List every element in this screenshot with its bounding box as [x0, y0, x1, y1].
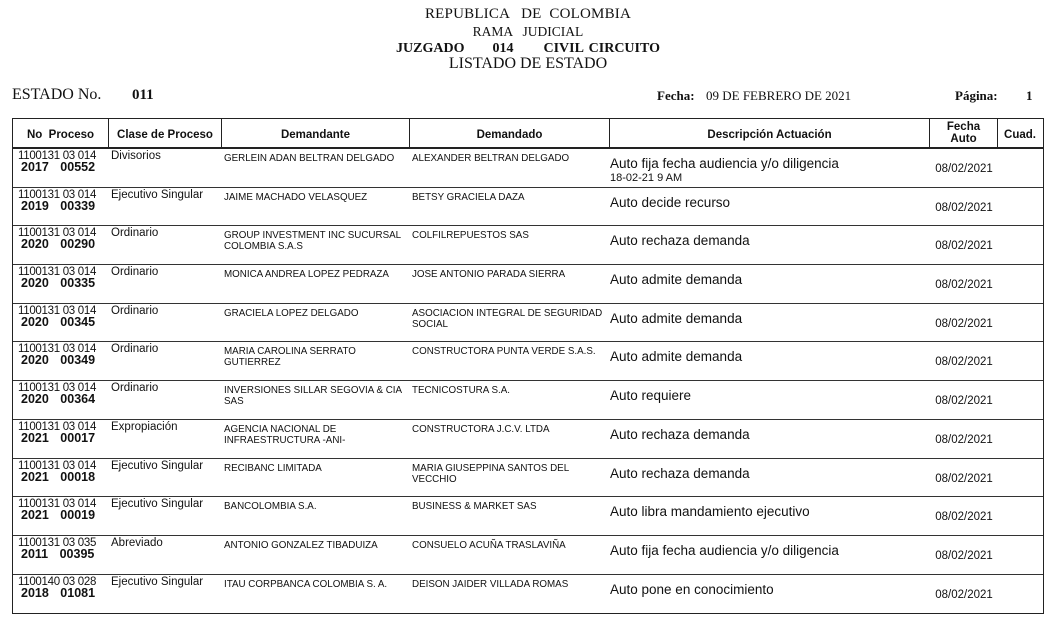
clase-cell: Ordinario: [109, 304, 222, 342]
clase-cell: Ejecutivo Singular: [109, 459, 222, 497]
table-row: 1100131 03 014 2020 00335 Ordinario MONI…: [13, 265, 1043, 304]
demandado-cell: CONSUELO ACUÑA TRASLAVIÑA: [410, 536, 610, 574]
demandante-cell: INVERSIONES SILLAR SEGOVIA & CIA SAS: [222, 381, 410, 419]
demandado-cell: BETSY GRACIELA DAZA: [410, 188, 610, 226]
demandante-cell: JAIME MACHADO VELASQUEZ: [222, 188, 410, 226]
demandado-cell: BUSINESS & MARKET SAS: [410, 497, 610, 535]
fecha-auto-cell: 08/02/2021: [930, 149, 998, 187]
fecha-auto-cell: 08/02/2021: [930, 304, 998, 342]
cuad-cell: [998, 342, 1042, 380]
estado-table: No Proceso Clase de Proceso Demandante D…: [12, 118, 1044, 614]
clase-cell: Ordinario: [109, 226, 222, 264]
table-row: 1100140 03 028 2018 01081 Ejecutivo Sing…: [13, 575, 1043, 614]
proceso-number: 2020 00364: [18, 394, 109, 405]
demandante-cell: AGENCIA NACIONAL DE INFRAESTRUCTURA -ANI…: [222, 420, 410, 458]
cuad-cell: [998, 536, 1042, 574]
proceso-cell: 1100131 03 014 2020 00335: [13, 265, 109, 303]
fecha-auto-cell: 08/02/2021: [930, 497, 998, 535]
proceso-cell: 1100131 03 014 2017 00552: [13, 149, 109, 187]
clase-cell: Abreviado: [109, 536, 222, 574]
demandado-cell: ALEXANDER BELTRAN DELGADO: [410, 149, 610, 187]
demandante-cell: GRACIELA LOPEZ DELGADO: [222, 304, 410, 342]
cuad-cell: [998, 497, 1042, 535]
clase-cell: Ejecutivo Singular: [109, 188, 222, 226]
fecha-auto-cell: 08/02/2021: [930, 575, 998, 614]
descripcion-cell: Auto rechaza demanda: [610, 226, 930, 264]
col-header-cuad: Cuad.: [998, 119, 1042, 147]
estado-label: ESTADO No.: [12, 86, 101, 104]
demandado-cell: CONSTRUCTORA J.C.V. LTDA: [410, 420, 610, 458]
listing-title: LISTADO DE ESTADO: [0, 55, 1056, 73]
descripcion-cell: Auto libra mandamiento ejecutivo: [610, 497, 930, 535]
table-row: 1100131 03 014 2020 00290 Ordinario GROU…: [13, 226, 1043, 265]
cuad-cell: [998, 575, 1042, 614]
table-row: 1100131 03 014 2020 00345 Ordinario GRAC…: [13, 304, 1043, 343]
fecha-auto-cell: 08/02/2021: [930, 420, 998, 458]
proceso-number: 2011 00395: [18, 549, 109, 560]
proceso-number: 2020 00345: [18, 317, 109, 328]
estado-number: 011: [132, 87, 154, 104]
demandante-cell: GROUP INVESTMENT INC SUCURSAL COLOMBIA S…: [222, 226, 410, 264]
demandante-cell: RECIBANC LIMITADA: [222, 459, 410, 497]
col-header-no-proceso: No Proceso: [13, 119, 109, 147]
clase-cell: Expropiación: [109, 420, 222, 458]
demandante-cell: BANCOLOMBIA S.A.: [222, 497, 410, 535]
cuad-cell: [998, 188, 1042, 226]
proceso-number: 2021 00018: [18, 472, 109, 483]
descripcion-cell: Auto decide recurso: [610, 188, 930, 226]
fecha-auto-cell: 08/02/2021: [930, 265, 998, 303]
proceso-number: 2021 00019: [18, 510, 109, 521]
demandado-cell: ASOCIACION INTEGRAL DE SEGURIDAD SOCIAL: [410, 304, 610, 342]
descripcion-cell: Auto rechaza demanda: [610, 420, 930, 458]
fecha-auto-cell: 08/02/2021: [930, 381, 998, 419]
proceso-cell: 1100131 03 014 2020 00349: [13, 342, 109, 380]
descripcion-cell: Auto pone en conocimiento: [610, 575, 930, 614]
table-row: 1100131 03 035 2011 00395 Abreviado ANTO…: [13, 536, 1043, 575]
demandante-cell: GERLEIN ADAN BELTRAN DELGADO: [222, 149, 410, 187]
col-header-fecha-auto: Fecha Auto: [930, 119, 998, 147]
cuad-cell: [998, 459, 1042, 497]
cuad-cell: [998, 304, 1042, 342]
proceso-number: 2020 00349: [18, 355, 109, 366]
fecha-auto-cell: 08/02/2021: [930, 342, 998, 380]
proceso-cell: 1100140 03 028 2018 01081: [13, 575, 109, 614]
table-row: 1100131 03 014 2021 00019 Ejecutivo Sing…: [13, 497, 1043, 536]
fecha-auto-cell: 08/02/2021: [930, 459, 998, 497]
clase-cell: Ejecutivo Singular: [109, 497, 222, 535]
table-row: 1100131 03 014 2019 00339 Ejecutivo Sing…: [13, 188, 1043, 227]
proceso-cell: 1100131 03 035 2011 00395: [13, 536, 109, 574]
republic-title: REPUBLICA DE COLOMBIA: [0, 6, 1056, 23]
demandado-cell: TECNICOSTURA S.A.: [410, 381, 610, 419]
fecha-label: Fecha:: [657, 88, 695, 104]
pagina-label: Página:: [955, 88, 998, 104]
proceso-cell: 1100131 03 014 2020 00364: [13, 381, 109, 419]
proceso-cell: 1100131 03 014 2020 00290: [13, 226, 109, 264]
table-row: 1100131 03 014 2020 00349 Ordinario MARI…: [13, 342, 1043, 381]
proceso-cell: 1100131 03 014 2021 00018: [13, 459, 109, 497]
cuad-cell: [998, 226, 1042, 264]
proceso-number: 2021 00017: [18, 433, 109, 444]
branch-title: RAMA JUDICIAL: [0, 24, 1056, 40]
demandante-cell: ITAU CORPBANCA COLOMBIA S. A.: [222, 575, 410, 614]
descripcion-cell: Auto fija fecha audiencia y/o diligencia: [610, 536, 930, 574]
proceso-number: 2020 00335: [18, 278, 109, 289]
col-header-descripcion: Descripción Actuación: [610, 119, 930, 147]
proceso-number: 2020 00290: [18, 239, 109, 250]
cuad-cell: [998, 265, 1042, 303]
demandado-cell: COLFILREPUESTOS SAS: [410, 226, 610, 264]
fecha-auto-cell: 08/02/2021: [930, 188, 998, 226]
cuad-cell: [998, 149, 1042, 187]
descripcion-cell: Auto requiere: [610, 381, 930, 419]
descripcion-cell: Auto admite demanda: [610, 304, 930, 342]
col-header-demandado: Demandado: [410, 119, 610, 147]
demandante-cell: ANTONIO GONZALEZ TIBADUIZA: [222, 536, 410, 574]
table-header: No Proceso Clase de Proceso Demandante D…: [13, 119, 1043, 149]
proceso-cell: 1100131 03 014 2020 00345: [13, 304, 109, 342]
pagina-value: 1: [1026, 88, 1033, 104]
descripcion-cell: Auto admite demanda: [610, 265, 930, 303]
demandante-cell: MARIA CAROLINA SERRATO GUTIERREZ: [222, 342, 410, 380]
descripcion-cell: Auto admite demanda: [610, 342, 930, 380]
clase-cell: Ordinario: [109, 342, 222, 380]
proceso-cell: 1100131 03 014 2021 00019: [13, 497, 109, 535]
clase-cell: Ordinario: [109, 265, 222, 303]
proceso-number: 2019 00339: [18, 201, 109, 212]
demandante-cell: MONICA ANDREA LOPEZ PEDRAZA: [222, 265, 410, 303]
proceso-cell: 1100131 03 014 2021 00017: [13, 420, 109, 458]
cuad-cell: [998, 381, 1042, 419]
table-row: 1100131 03 014 2020 00364 Ordinario INVE…: [13, 381, 1043, 420]
clase-cell: Ejecutivo Singular: [109, 575, 222, 614]
col-header-clase: Clase de Proceso: [109, 119, 222, 147]
demandado-cell: JOSE ANTONIO PARADA SIERRA: [410, 265, 610, 303]
table-row: 1100131 03 014 2021 00017 Expropiación A…: [13, 420, 1043, 459]
table-row: 1100131 03 014 2021 00018 Ejecutivo Sing…: [13, 459, 1043, 498]
demandado-cell: DEISON JAIDER VILLADA ROMAS: [410, 575, 610, 614]
clase-cell: Ordinario: [109, 381, 222, 419]
table-body: 1100131 03 014 2017 00552 Divisorios GER…: [13, 149, 1043, 613]
clase-cell: Divisorios: [109, 149, 222, 187]
fecha-auto-cell: 08/02/2021: [930, 536, 998, 574]
table-row: 1100131 03 014 2017 00552 Divisorios GER…: [13, 149, 1043, 188]
cuad-cell: [998, 420, 1042, 458]
fecha-auto-cell: 08/02/2021: [930, 226, 998, 264]
proceso-number: 2018 01081: [18, 588, 109, 599]
fecha-value: 09 DE FEBRERO DE 2021: [706, 88, 851, 104]
demandado-cell: CONSTRUCTORA PUNTA VERDE S.A.S.: [410, 342, 610, 380]
demandado-cell: MARIA GIUSEPPINA SANTOS DEL VECCHIO: [410, 459, 610, 497]
col-header-demandante: Demandante: [222, 119, 410, 147]
proceso-number: 2017 00552: [18, 162, 109, 173]
descripcion-cell: Auto fija fecha audiencia y/o diligencia…: [610, 149, 930, 187]
proceso-cell: 1100131 03 014 2019 00339: [13, 188, 109, 226]
descripcion-cell: Auto rechaza demanda: [610, 459, 930, 497]
